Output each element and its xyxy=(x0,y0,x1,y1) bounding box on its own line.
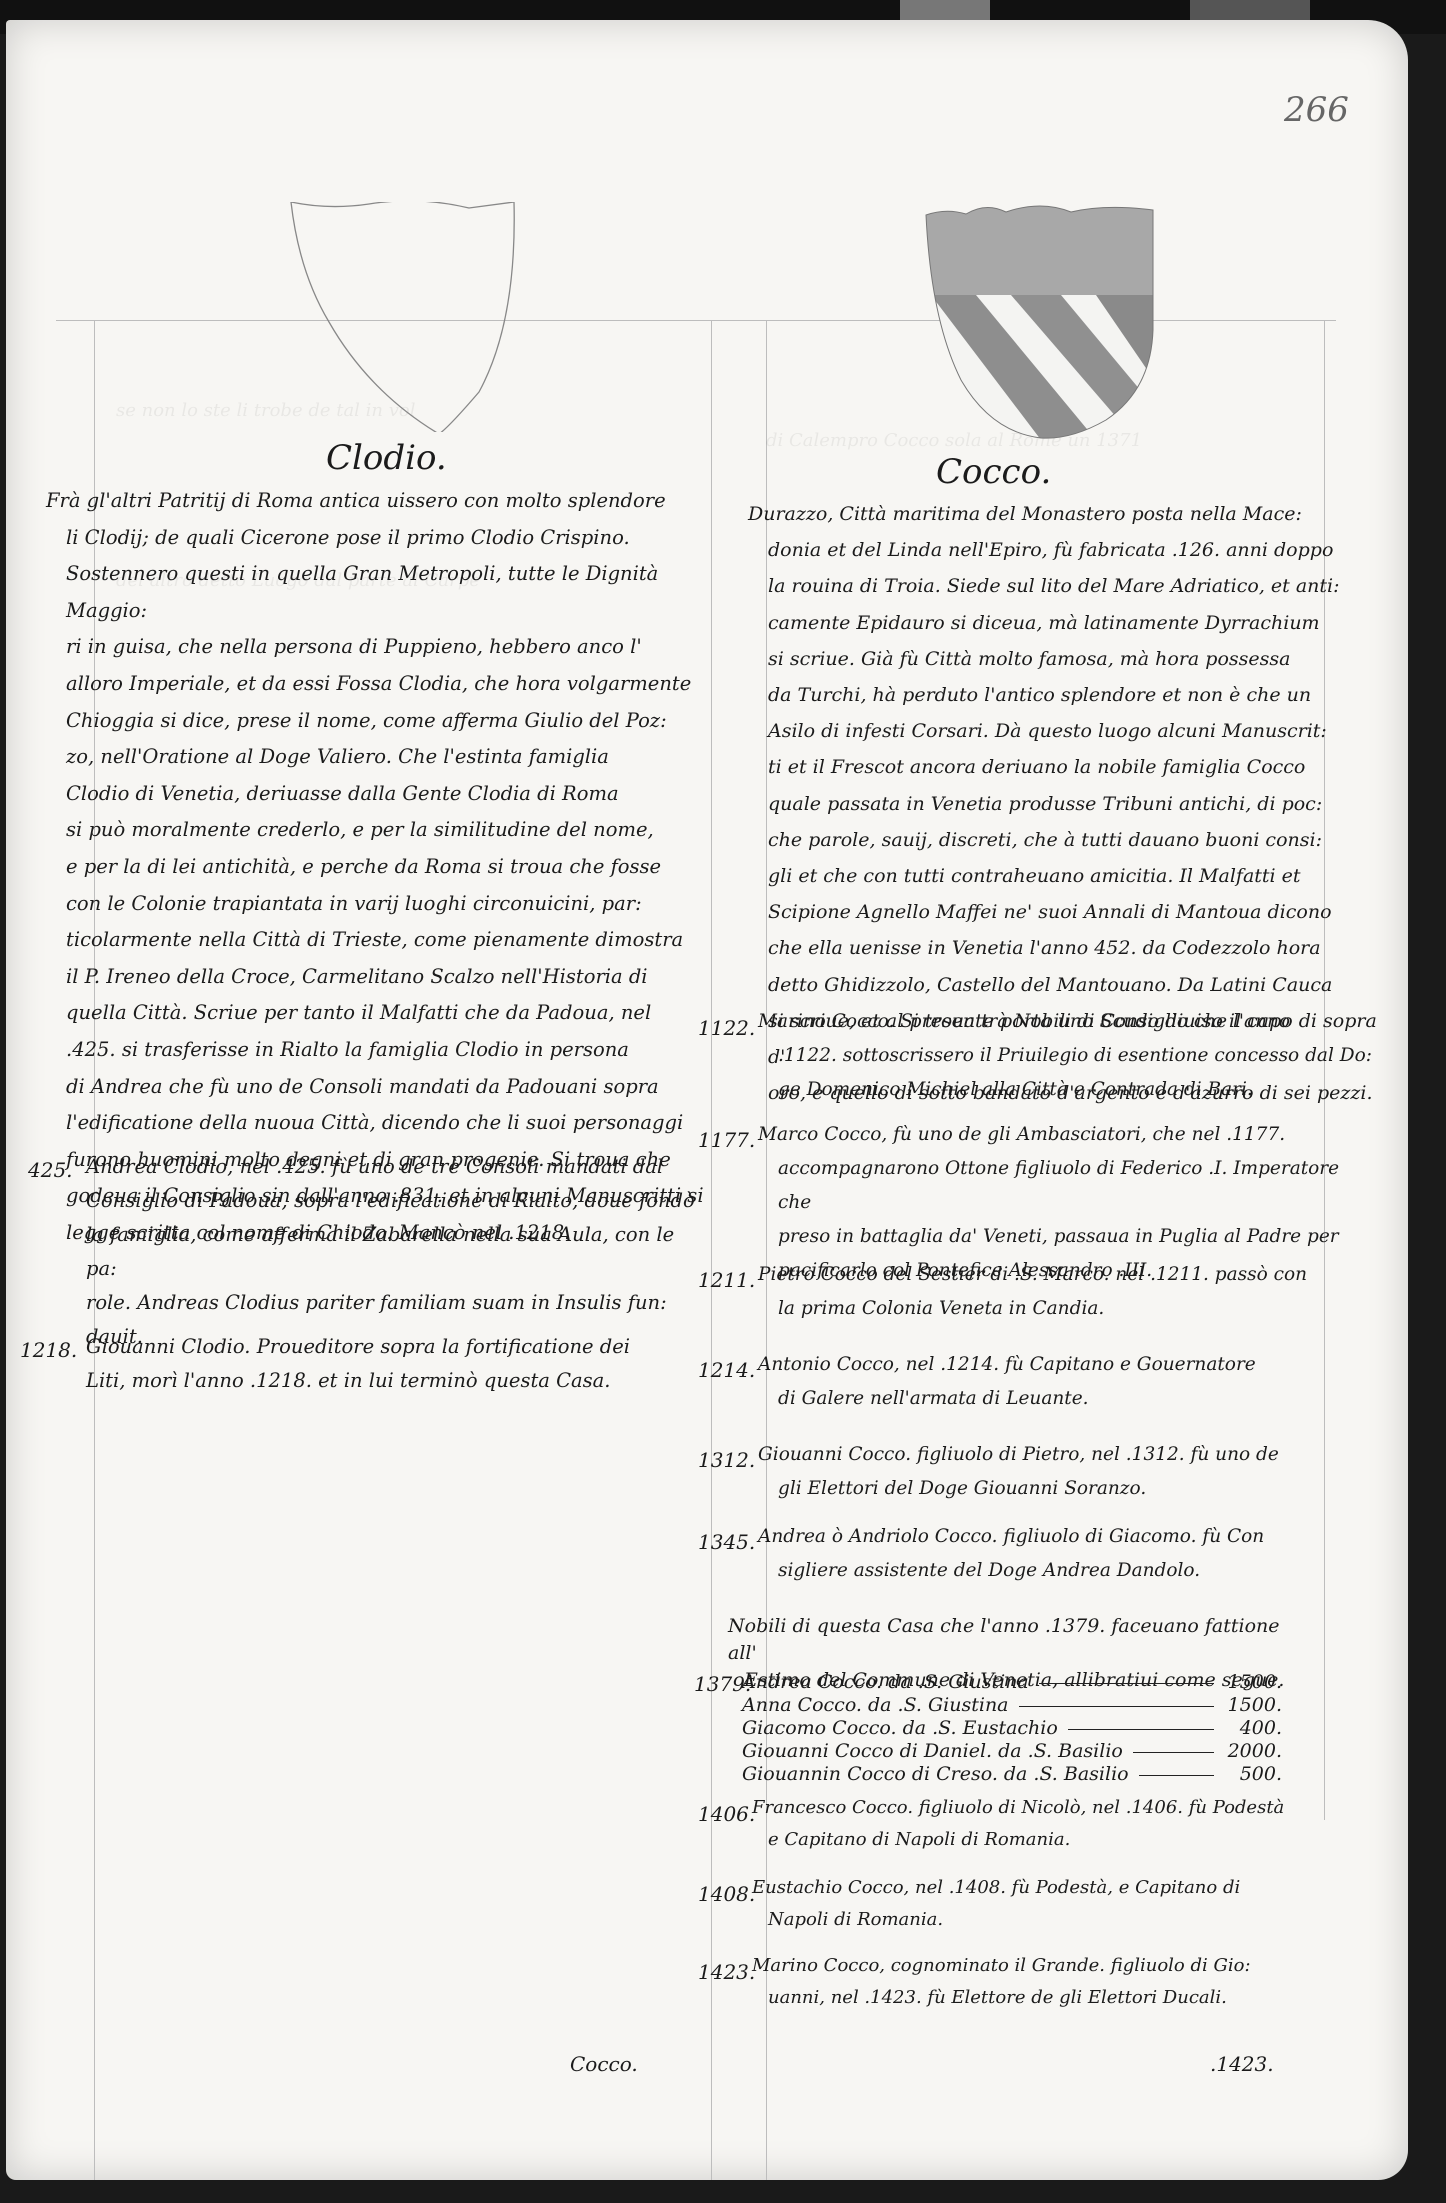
blank-shield-icon xyxy=(289,202,519,432)
text-line: la rouina di Troia. Siede sul lito del M… xyxy=(768,568,1388,604)
text-line: e Capitano di Napoli di Romania. xyxy=(752,1824,1372,1856)
text-line: di Andrea che fù uno de Consoli mandati … xyxy=(66,1069,706,1106)
text-line: Pietro Cocco del Sestier di .S. Marco. n… xyxy=(758,1258,1378,1292)
text-line: Consiglio di Padoua, sopra l'edification… xyxy=(86,1184,706,1218)
margin-year: 1423. xyxy=(698,1960,755,1984)
text-line: Frà gl'altri Patritij di Roma antica uis… xyxy=(46,483,706,520)
entry-marino-cocco-1423: Marino Cocco, cognominato il Grande. fig… xyxy=(752,1950,1372,2014)
text-line: Liti, morì l'anno .1218. et in lui termi… xyxy=(86,1364,706,1398)
text-line: .1122. sottoscrissero il Priuilegio di e… xyxy=(778,1039,1378,1073)
margin-year: 1408. xyxy=(698,1882,755,1906)
text-line: con le Colonie trapiantata in varij luog… xyxy=(66,886,706,923)
text-line: che ella uenisse in Venetia l'anno 452. … xyxy=(768,930,1388,966)
text-line: Napoli di Romania. xyxy=(752,1904,1372,1936)
text-line: la prima Colonia Veneta in Candia. xyxy=(778,1292,1378,1326)
entry-andrea-clodio: Andrea Clodio, nel .425. fù uno de trè C… xyxy=(86,1150,706,1354)
text-line: camente Epidauro si diceua, mà latinamen… xyxy=(768,605,1388,641)
text-line: role. Andreas Clodius pariter familiam s… xyxy=(86,1286,706,1320)
catchword: Cocco. xyxy=(570,2052,638,2076)
margin-year: 1177. xyxy=(698,1128,755,1152)
family-title-cocco: Cocco. xyxy=(936,452,1051,492)
text-line: Nobili di questa Casa che l'anno .1379. … xyxy=(728,1613,1288,1667)
family-title-clodio: Clodio. xyxy=(326,438,447,478)
margin-year: 1214. xyxy=(698,1358,755,1382)
clodio-introduction: Frà gl'altri Patritij di Roma antica uis… xyxy=(46,483,706,1251)
margin-year: 1345. xyxy=(698,1530,755,1554)
text-line: ge Domenico Michiel alla Città e Contrad… xyxy=(778,1073,1378,1107)
text-line: Marino Cocco. Si troua trà Nobili di Con… xyxy=(758,1005,1378,1039)
text-line: Marino Cocco, cognominato il Grande. fig… xyxy=(752,1950,1372,1982)
text-line: alloro Imperiale, et da essi Fossa Clodi… xyxy=(66,666,706,703)
entry-pietro-cocco-1211: Pietro Cocco del Sestier di .S. Marco. n… xyxy=(758,1258,1378,1326)
running-year: .1423. xyxy=(1210,2052,1274,2076)
margin-year: 1211. xyxy=(698,1268,755,1292)
text-line: Antonio Cocco, nel .1214. fù Capitano e … xyxy=(758,1348,1378,1382)
margin-year: 1406. xyxy=(698,1802,755,1826)
text-line: uanni, nel .1423. fù Elettore de gli Ele… xyxy=(752,1982,1372,2014)
text-line: Chioggia si dice, prese il nome, come af… xyxy=(66,703,706,740)
text-line: donia et del Linda nell'Epiro, fù fabric… xyxy=(768,532,1388,568)
entry-eustachio-cocco-1408: Eustachio Cocco, nel .1408. fù Podestà, … xyxy=(752,1872,1372,1936)
text-line: li Clodij; de quali Cicerone pose il pri… xyxy=(66,520,706,557)
text-line: Asilo di infesti Corsari. Dà questo luog… xyxy=(768,713,1388,749)
text-line: accompagnarono Ottone figliuolo di Feder… xyxy=(778,1152,1378,1220)
text-line: e per la di lei antichità, e perche da R… xyxy=(66,849,706,886)
text-line: .425. si trasferisse in Rialto la famigl… xyxy=(66,1032,706,1069)
text-line: l'edificatione della nuoua Città, dicend… xyxy=(66,1105,706,1142)
manuscript-page: 266 se non lo ste li trobe de tal in vol… xyxy=(6,20,1408,2180)
entry-antonio-cocco-1214: Antonio Cocco, nel .1214. fù Capitano e … xyxy=(758,1348,1378,1416)
margin-year: 1218. xyxy=(20,1338,77,1362)
text-line: detto Ghidizzolo, Castello del Mantouano… xyxy=(768,967,1388,1003)
text-line: preso in battaglia da' Veneti, passaua i… xyxy=(778,1220,1378,1254)
text-line: Andrea Clodio, nel .425. fù uno de trè C… xyxy=(86,1150,706,1184)
text-line: gli et che con tutti contraheuano amicit… xyxy=(768,858,1388,894)
text-line: Scipione Agnello Maffei ne' suoi Annali … xyxy=(768,894,1388,930)
estimo-table: Andrea Cocco. da .S. Giustina1500. Anna … xyxy=(742,1670,1282,1785)
cocco-coat-of-arms-icon xyxy=(921,200,1161,440)
text-line: ri in guisa, che nella persona di Puppie… xyxy=(66,629,706,666)
estimo-row: Giacomo Cocco. da .S. Eustachio400. xyxy=(742,1716,1282,1739)
margin-year: 425. xyxy=(28,1158,73,1182)
estimo-row: Giouanni Cocco di Daniel. da .S. Basilio… xyxy=(742,1739,1282,1762)
text-line: Marco Cocco, fù uno de gli Ambasciatori,… xyxy=(758,1118,1378,1152)
text-line: da Turchi, hà perduto l'antico splendore… xyxy=(768,677,1388,713)
text-line: Giouanni Cocco. figliuolo di Pietro, nel… xyxy=(758,1438,1378,1472)
entry-francesco-cocco-1406: Francesco Cocco. figliuolo di Nicolò, ne… xyxy=(752,1792,1372,1856)
folio-number: 266 xyxy=(1284,90,1349,130)
text-line: Francesco Cocco. figliuolo di Nicolò, ne… xyxy=(752,1792,1372,1824)
estimo-row: Anna Cocco. da .S. Giustina1500. xyxy=(742,1693,1282,1716)
text-line: la famiglia, come afferma il Zabarella n… xyxy=(86,1218,706,1286)
text-line: quella Città. Scriue per tanto il Malfat… xyxy=(66,995,706,1032)
estimo-row: Andrea Cocco. da .S. Giustina1500. xyxy=(742,1670,1282,1693)
text-line: zo, nell'Oratione al Doge Valiero. Che l… xyxy=(66,739,706,776)
text-line: Clodio di Venetia, deriuasse dalla Gente… xyxy=(66,776,706,813)
margin-year: 1122. xyxy=(698,1016,755,1040)
estimo-row: Giouannin Cocco di Creso. da .S. Basilio… xyxy=(742,1762,1282,1785)
text-line: Giouanni Clodio. Proueditore sopra la fo… xyxy=(86,1330,706,1364)
text-line: ti et il Frescot ancora deriuano la nobi… xyxy=(768,749,1388,785)
text-line: Sostennero questi in quella Gran Metropo… xyxy=(66,556,706,629)
entry-marino-cocco-1122: Marino Cocco. Si troua trà Nobili di Con… xyxy=(758,1005,1378,1107)
margin-year: 1312. xyxy=(698,1448,755,1472)
entry-andrea-cocco-1345: Andrea ò Andriolo Cocco. figliuolo di Gi… xyxy=(758,1520,1378,1588)
entry-giouanni-clodio: Giouanni Clodio. Proueditore sopra la fo… xyxy=(86,1330,706,1398)
text-line: il P. Ireneo della Croce, Carmelitano Sc… xyxy=(66,959,706,996)
text-line: si scriue. Già fù Città molto famosa, mà… xyxy=(768,641,1388,677)
text-line: sigliere assistente del Doge Andrea Dand… xyxy=(778,1554,1378,1588)
text-line: quale passata in Venetia produsse Tribun… xyxy=(768,786,1388,822)
text-line: ticolarmente nella Città di Trieste, com… xyxy=(66,922,706,959)
text-line: di Galere nell'armata di Leuante. xyxy=(778,1382,1378,1416)
text-line: Eustachio Cocco, nel .1408. fù Podestà, … xyxy=(752,1872,1372,1904)
text-line: Andrea ò Andriolo Cocco. figliuolo di Gi… xyxy=(758,1520,1378,1554)
text-line: si può moralmente crederlo, e per la sim… xyxy=(66,812,706,849)
text-line: che parole, sauij, discreti, che à tutti… xyxy=(768,822,1388,858)
text-line: gli Elettori del Doge Giouanni Soranzo. xyxy=(778,1472,1378,1506)
entry-giouanni-cocco-1312: Giouanni Cocco. figliuolo di Pietro, nel… xyxy=(758,1438,1378,1506)
text-line: Durazzo, Città maritima del Monastero po… xyxy=(748,496,1388,532)
